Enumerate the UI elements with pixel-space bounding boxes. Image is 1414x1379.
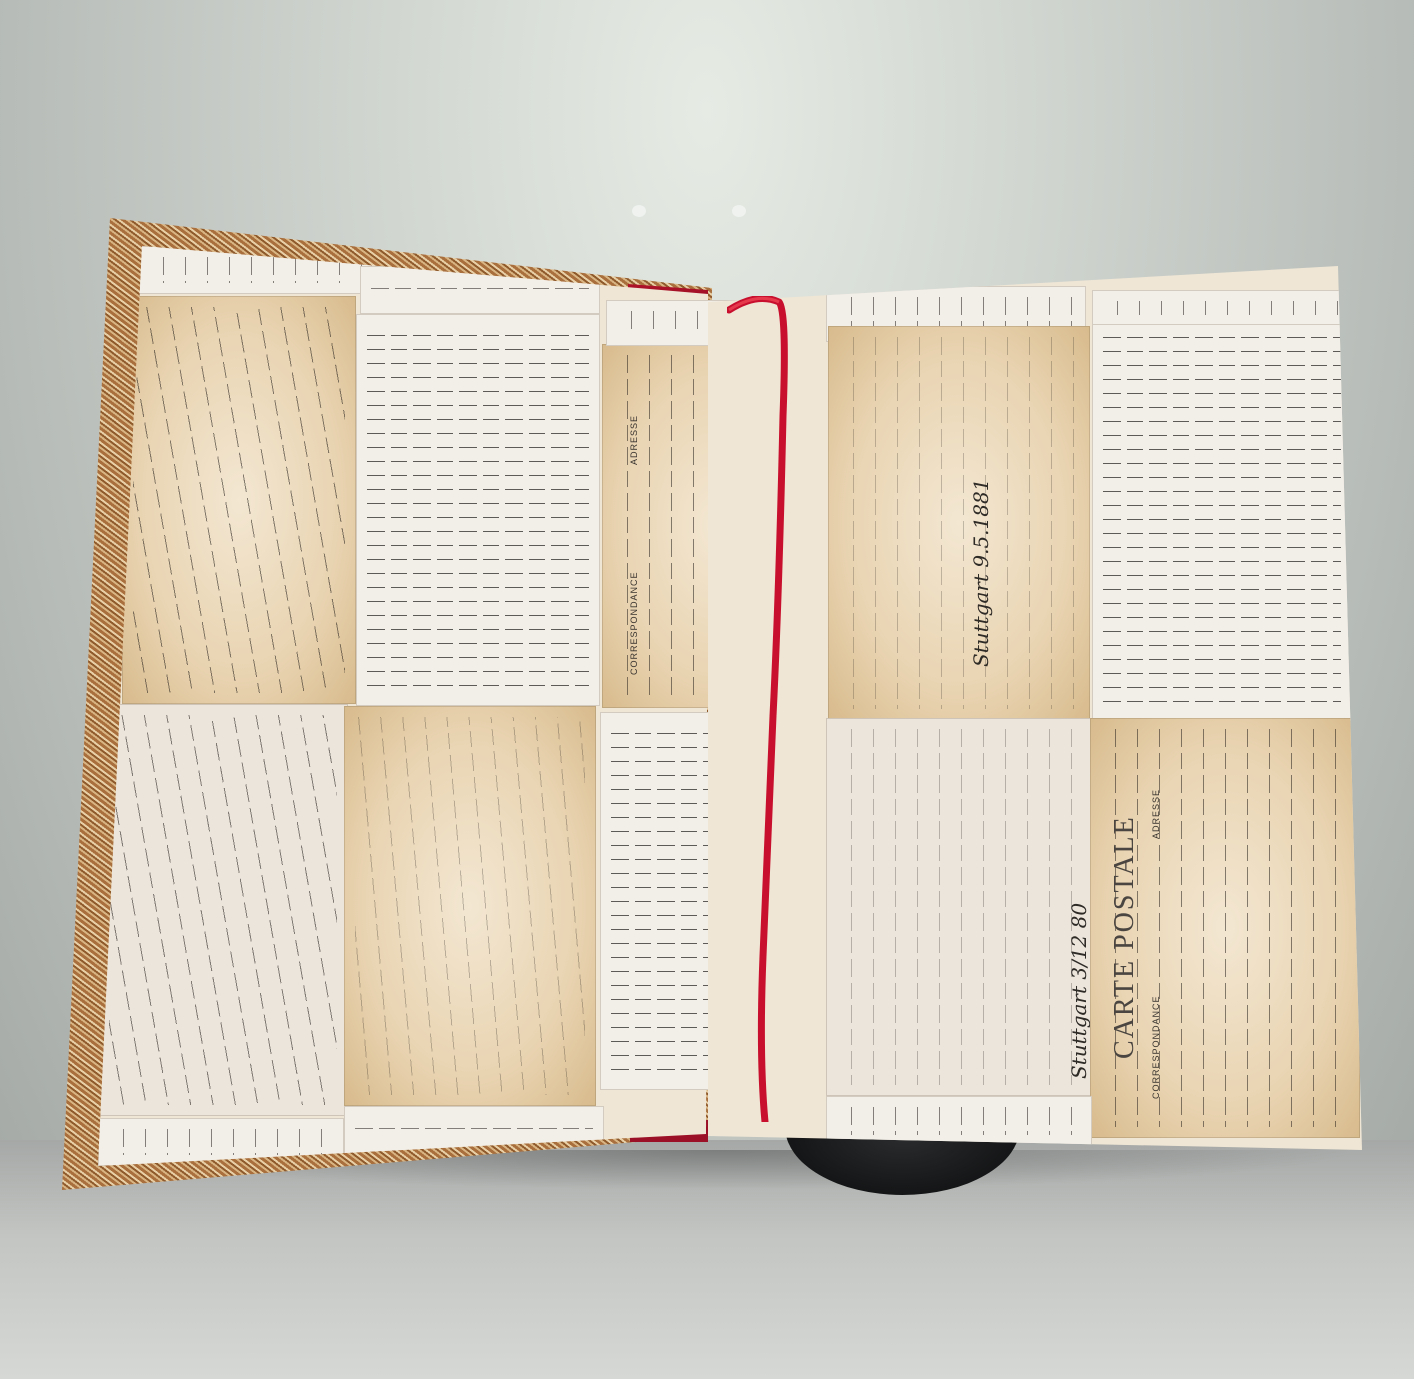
address-label: ADRESSE — [1151, 789, 1161, 839]
postcard — [1092, 324, 1352, 722]
postcard-strip — [1092, 290, 1352, 326]
postcard-stuttgart-1880: Stuttgart 3/12 80 — [826, 718, 1092, 1096]
postcard — [98, 704, 348, 1116]
postcard — [344, 706, 596, 1106]
wall-mark — [632, 205, 646, 217]
postcard — [356, 314, 600, 706]
carte-postale-title: CARTE POSTALE — [1109, 815, 1141, 1059]
postcard-stuttgart-1881: Stuttgart 9.5.1881 — [828, 326, 1090, 720]
postcard-carte-postale: CARTE POSTALE ADRESSE CORRESPONDANCE — [1090, 718, 1360, 1138]
handwritten-date: Stuttgart 3/12 80 — [1067, 903, 1091, 1079]
wall-mark — [732, 205, 746, 217]
handwritten-date: Stuttgart 9.5.1881 — [969, 479, 993, 667]
correspondance-label: CORRESPONDANCE — [1151, 995, 1161, 1099]
ribbon-bookmark[interactable] — [727, 296, 791, 1122]
right-endpaper: Stuttgart 9.5.1881 Stuttgart 3/12 80 CAR… — [708, 266, 1368, 1202]
address-label: ADRESSE — [629, 415, 639, 465]
postcard-strip — [826, 1096, 1092, 1146]
postcard — [122, 296, 356, 704]
correspondance-label: CORRESPONDANCE — [629, 571, 639, 675]
